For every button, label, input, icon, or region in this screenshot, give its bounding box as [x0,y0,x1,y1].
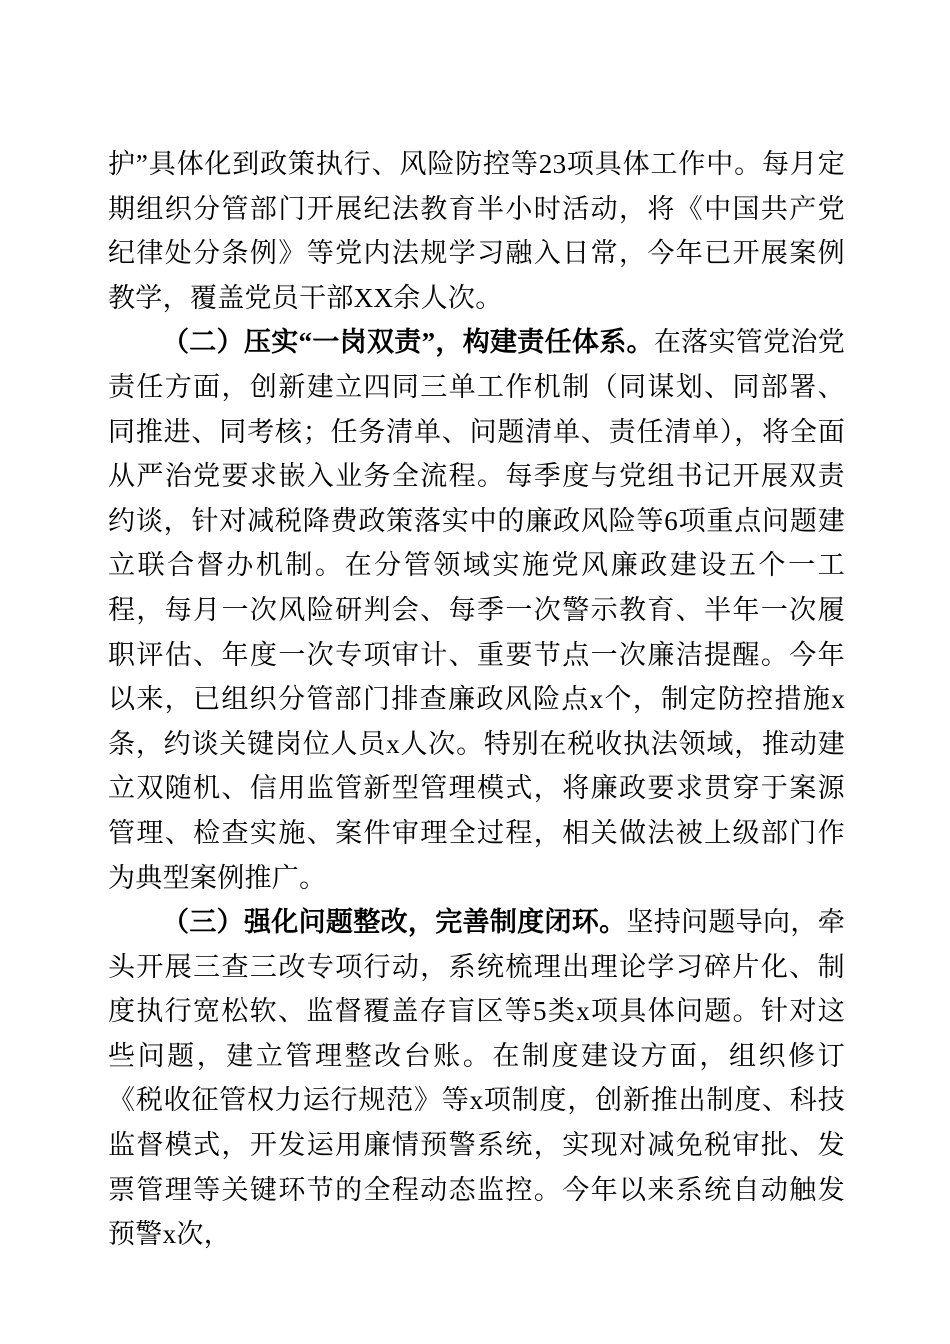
document-page: 护”具体化到政策执行、风险防控等23项具体工作中。每月定期组织分管部门开展纪法教… [0,0,950,1344]
paragraph-section-2: （二）压实“一岗双责”，构建责任体系。在落实管党治党责任方面，创新建立四同三单工… [108,320,845,900]
section-2-text: 在落实管党治党责任方面，创新建立四同三单工作机制（同谋划、同部署、同推进、同考核… [108,327,845,892]
paragraph-section-3: （三）强化问题整改，完善制度闭环。坚持问题导向，牵头开展三查三改专项行动，系统梳… [108,900,845,1257]
paragraph-continuation-text: 护”具体化到政策执行、风险防控等23项具体工作中。每月定期组织分管部门开展纪法教… [108,149,845,313]
section-3-text: 坚持问题导向，牵头开展三查三改专项行动，系统梳理出理论学习碎片化、制度执行宽松软… [108,907,845,1249]
section-3-heading: （三）强化问题整改，完善制度闭环。 [162,907,626,937]
document-body: 护”具体化到政策执行、风险防控等23项具体工作中。每月定期组织分管部门开展纪法教… [108,142,845,1257]
section-2-heading: （二）压实“一岗双责”，构建责任体系。 [162,327,654,357]
paragraph-continuation: 护”具体化到政策执行、风险防控等23项具体工作中。每月定期组织分管部门开展纪法教… [108,142,845,320]
